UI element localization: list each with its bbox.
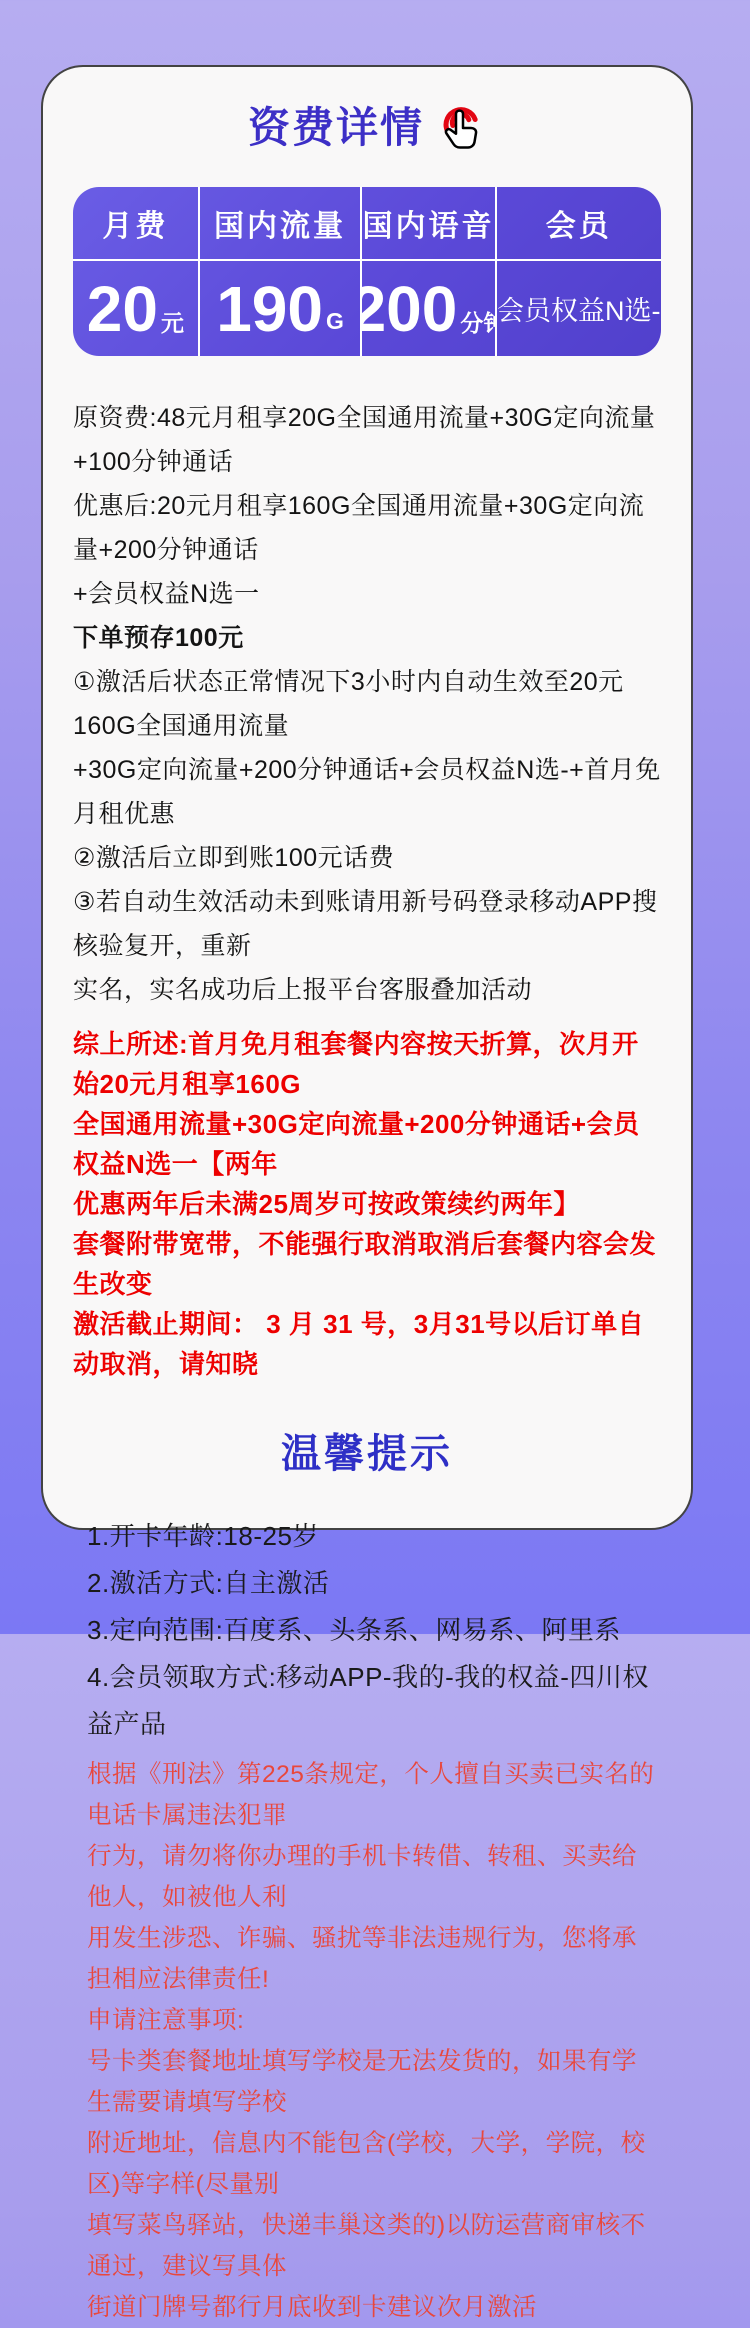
tap-click-icon [434, 97, 486, 160]
activation-line: 实名，实名成功后上报平台客服叠加活动 [73, 968, 661, 1012]
activation-line: +30G定向流量+200分钟通话+会员权益N选-+首月免月租优惠 [73, 748, 661, 836]
table-cell-monthly-fee: 20 元 [73, 261, 200, 356]
tip-item: 1.开卡年龄:18-25岁 [87, 1513, 661, 1560]
activation-line: ②激活后立即到账100元话费 [73, 836, 661, 880]
table-cell-data: 190 G [200, 261, 363, 356]
data-value: 190 [216, 277, 323, 341]
page-title: 资费详情 [248, 95, 424, 155]
table-cell-member: 会员权益N选- [497, 261, 661, 356]
monthly-fee-unit: 元 [161, 305, 184, 338]
tip-item: 2.激活方式:自主激活 [87, 1560, 661, 1607]
summary-line: 套餐附带宽带，不能强行取消取消后套餐内容会发生改变 [73, 1224, 661, 1304]
tariff-card: 资费详情 月费 国内流量 国内语音 会员 20 元 190 G 200 分钟 会… [41, 65, 693, 1530]
table-header-member: 会员 [497, 187, 661, 261]
header: 资费详情 [73, 99, 661, 151]
member-value: 会员权益N选- [497, 289, 661, 328]
table-header-data: 国内流量 [200, 187, 363, 261]
activation-paragraphs: ①激活后状态正常情况下3小时内自动生效至20元160G全国通用流量+30G定向流… [73, 660, 661, 1012]
activation-line: ①激活后状态正常情况下3小时内自动生效至20元160G全国通用流量 [73, 660, 661, 748]
summary-line: 综上所述:首月免月租套餐内容按天折算，次月开始20元月租享160G [73, 1024, 661, 1104]
tip-item: 3.定向范围:百度系、头条系、网易系、阿里系 [87, 1607, 661, 1634]
deposit-heading: 下单预存100元 [73, 616, 661, 660]
summary-paragraphs: 综上所述:首月免月租套餐内容按天折算，次月开始20元月租享160G全国通用流量+… [73, 1024, 661, 1384]
tariff-details: 原资费:48元月租享20G全国通用流量+30G定向流量+100分钟通话优惠后:2… [73, 396, 661, 1384]
intro-line: 原资费:48元月租享20G全国通用流量+30G定向流量+100分钟通话 [73, 396, 661, 484]
tariff-table: 月费 国内流量 国内语音 会员 20 元 190 G 200 分钟 会员权益N选… [73, 187, 661, 356]
activation-line: ③若自动生效活动未到账请用新号码登录移动APP搜核验复开，重新 [73, 880, 661, 968]
tips-title: 温馨提示 [73, 1422, 661, 1479]
intro-line: 优惠后:20元月租享160G全国通用流量+30G定向流量+200分钟通话 [73, 484, 661, 572]
table-cell-voice: 200 分钟 [362, 261, 496, 356]
summary-line: 激活截止期间： 3 月 31 号，3月31号以后订单自动取消，请知晓 [73, 1304, 661, 1384]
tips-list: 1.开卡年龄:18-25岁2.激活方式:自主激活3.定向范围:百度系、头条系、网… [73, 1513, 661, 1634]
voice-value: 200 [362, 277, 457, 341]
data-unit: G [326, 308, 344, 335]
summary-line: 优惠两年后未满25周岁可按政策续约两年】 [73, 1184, 661, 1224]
intro-line: +会员权益N选一 [73, 572, 661, 616]
table-header-monthly-fee: 月费 [73, 187, 200, 261]
voice-unit: 分钟 [460, 305, 496, 338]
intro-paragraphs: 原资费:48元月租享20G全国通用流量+30G定向流量+100分钟通话优惠后:2… [73, 396, 661, 616]
table-header-voice: 国内语音 [362, 187, 496, 261]
summary-line: 全国通用流量+30G定向流量+200分钟通话+会员权益N选一【两年 [73, 1104, 661, 1184]
monthly-fee-value: 20 [87, 277, 158, 341]
